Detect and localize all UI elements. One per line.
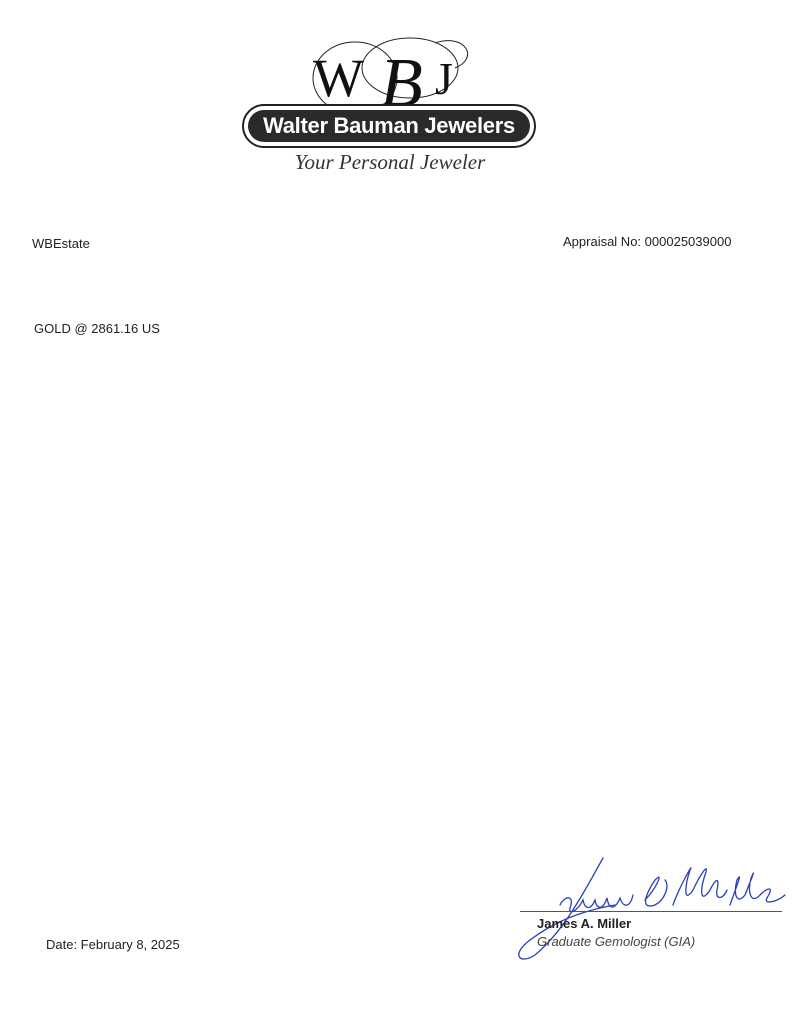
document-date: Date: February 8, 2025 (46, 937, 180, 952)
appraisal-label: Appraisal No: (563, 234, 641, 249)
client-name: WBEstate (32, 236, 90, 251)
svg-text:J: J (435, 53, 453, 104)
appraisal-value: 000025039000 (645, 234, 732, 249)
company-logo: W B J Walter Bauman Jewelers Your Person… (240, 18, 540, 178)
gold-price: GOLD @ 2861.16 US (34, 321, 160, 336)
signer-title: Graduate Gemologist (GIA) (537, 934, 695, 949)
company-name-banner: Walter Bauman Jewelers (242, 104, 536, 148)
appraisal-number: Appraisal No: 000025039000 (563, 234, 731, 249)
svg-text:W: W (313, 48, 364, 108)
tagline: Your Personal Jeweler (240, 150, 540, 175)
signature-line (520, 911, 782, 912)
signer-name: James A. Miller (537, 916, 631, 931)
company-name: Walter Bauman Jewelers (248, 110, 530, 142)
